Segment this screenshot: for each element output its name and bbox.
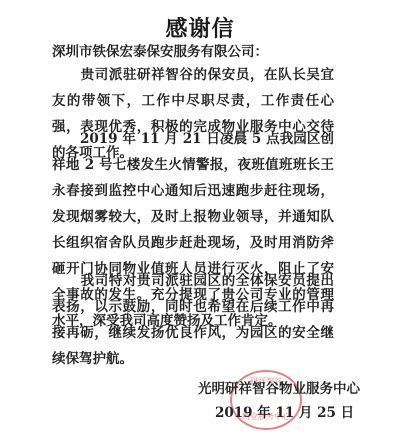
letter-title: 感谢信 — [0, 12, 400, 43]
paragraph-3-text: 我司特对贵司派驻园区的全体保安员提出表扬，以示鼓励，同时也希望在后续工作中再接再… — [52, 273, 334, 367]
letter-page: 感谢信 深圳市铁保宏泰保安服务有限公司： 贵司派驻研祥智谷的保安员，在队长吴宜友… — [0, 0, 400, 438]
signature: 光明研祥智谷物业服务中心 — [198, 377, 360, 397]
date: 2019 年 11 月 25 日 — [215, 401, 354, 421]
paragraph-3: 我司特对贵司派驻园区的全体保安员提出表扬，以示鼓励，同时也希望在后续工作中再接再… — [52, 268, 334, 372]
salutation: 深圳市铁保宏泰保安服务有限公司： — [52, 40, 268, 60]
